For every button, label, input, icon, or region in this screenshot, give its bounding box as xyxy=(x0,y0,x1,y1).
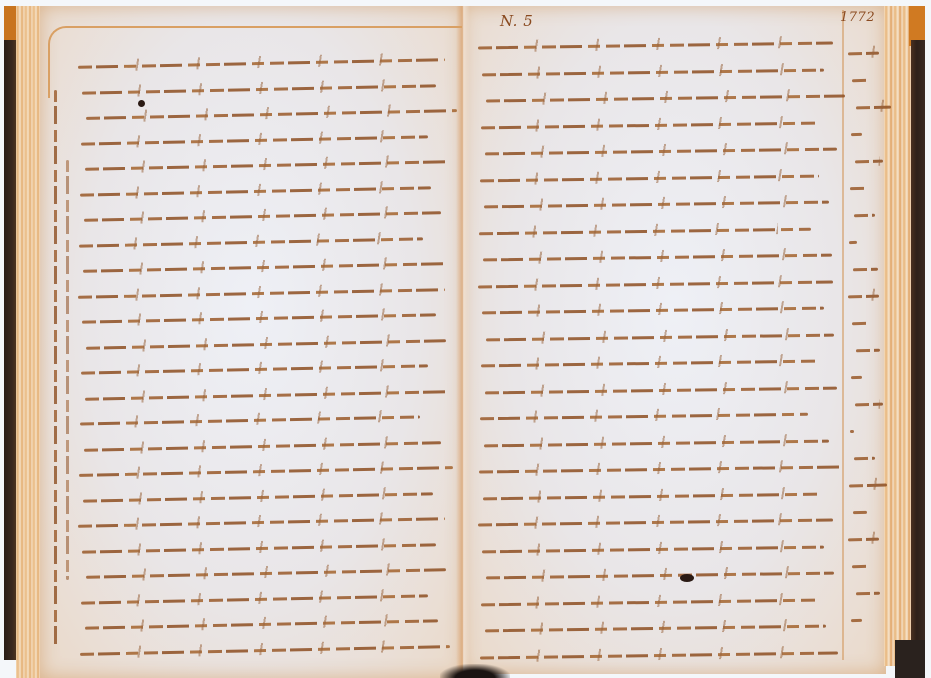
handwritten-line xyxy=(482,68,824,76)
handwritten-line xyxy=(851,376,862,379)
handwritten-line xyxy=(480,413,808,421)
handwritten-line xyxy=(481,121,816,129)
handwritten-line xyxy=(850,187,865,190)
folio-number: 1772 xyxy=(840,10,875,25)
handwritten-line xyxy=(850,430,854,433)
handwritten-line xyxy=(855,403,883,407)
handwritten-line xyxy=(852,322,870,325)
handwritten-line xyxy=(853,511,867,514)
handwritten-line xyxy=(484,439,829,447)
book-gutter xyxy=(456,6,470,678)
handwritten-line xyxy=(855,160,883,164)
handwritten-line xyxy=(849,241,857,244)
handwritten-line xyxy=(856,592,880,596)
handwritten-line xyxy=(486,572,834,580)
book-binding-right xyxy=(911,40,925,640)
handwritten-line xyxy=(478,280,833,288)
handwritten-line xyxy=(854,214,875,218)
handwritten-line xyxy=(856,349,880,353)
handwritten-line xyxy=(486,333,834,341)
handwritten-line xyxy=(852,565,870,568)
handwritten-line xyxy=(853,268,878,272)
handwritten-line xyxy=(479,227,811,235)
ink-blot xyxy=(138,100,145,107)
handwritten-line xyxy=(481,598,816,606)
handwritten-line xyxy=(482,545,824,553)
page-edges-left xyxy=(16,6,42,678)
handwritten-line xyxy=(849,484,887,488)
handwritten-line xyxy=(848,295,879,299)
header-annotation: N. 5 xyxy=(500,12,533,30)
handwritten-line xyxy=(851,133,862,136)
left-marginal-annotation xyxy=(54,90,57,650)
handwritten-line xyxy=(485,625,826,633)
handwritten-line xyxy=(852,79,870,82)
handwritten-line xyxy=(483,254,832,262)
ink-blot xyxy=(680,574,694,582)
book-cover-bottom-right xyxy=(895,640,925,678)
handwritten-line xyxy=(480,651,838,659)
handwritten-line xyxy=(848,538,879,542)
handwritten-line xyxy=(485,386,837,394)
left-marginal-annotation-2 xyxy=(66,160,69,580)
handwritten-line xyxy=(484,201,829,209)
gutter-shadow xyxy=(440,664,510,678)
right-margin-rule xyxy=(842,10,844,660)
handwritten-line xyxy=(485,148,837,156)
handwritten-line xyxy=(483,492,821,500)
handwritten-line xyxy=(480,174,819,182)
handwritten-line xyxy=(482,307,824,315)
manuscript-photo: N. 5 1772 xyxy=(0,0,931,678)
handwritten-line xyxy=(856,106,891,110)
handwritten-line xyxy=(851,619,862,622)
handwritten-line xyxy=(481,360,816,368)
handwritten-line xyxy=(854,457,875,461)
handwritten-line xyxy=(848,52,879,56)
